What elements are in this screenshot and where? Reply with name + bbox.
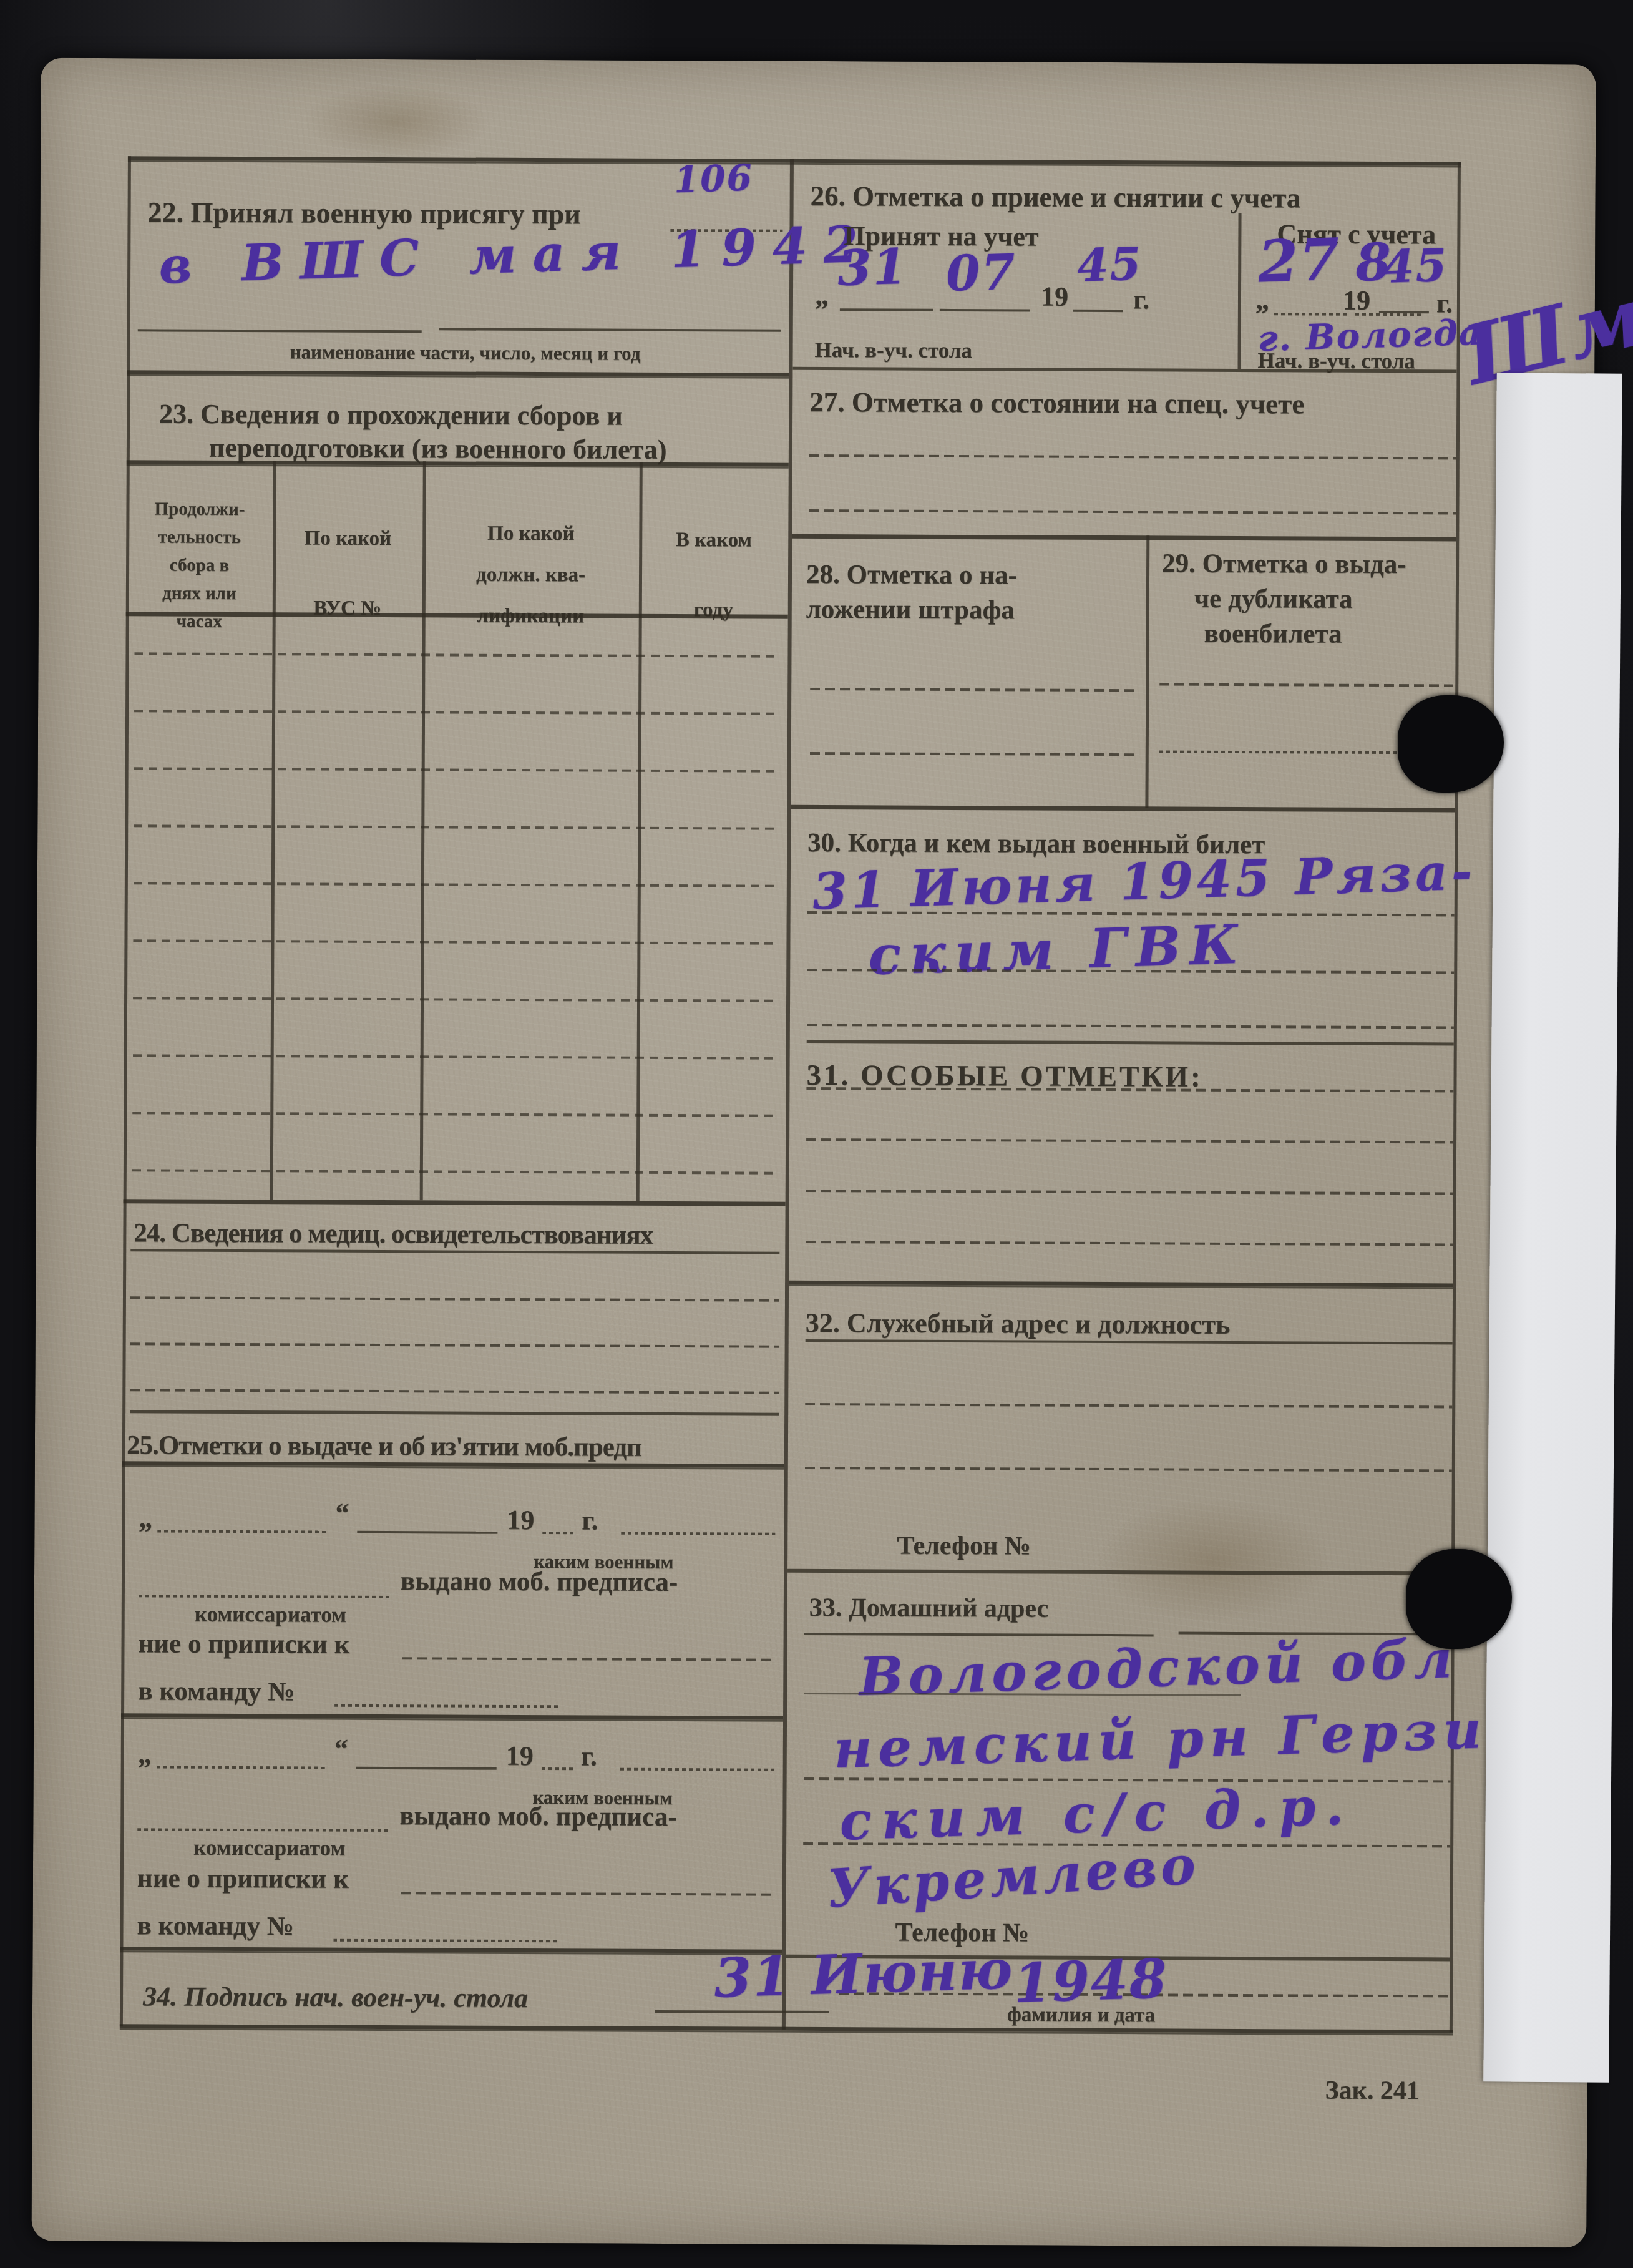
section-32-line bbox=[806, 1339, 1453, 1345]
print-code: Зак. 241 bbox=[1325, 2076, 1420, 2107]
section-23-header-rule bbox=[127, 460, 789, 469]
table-blank-row-line bbox=[134, 824, 778, 830]
mob-a-dots bbox=[542, 1532, 577, 1534]
mob-a-dots bbox=[334, 1704, 559, 1708]
mob-b-bottom-rule bbox=[120, 1947, 782, 1955]
mob-b-close-quote: “ bbox=[334, 1733, 348, 1766]
section-24-line bbox=[130, 1342, 779, 1348]
section-34-title: 34. Подпись нач. воен-уч. стола bbox=[143, 1980, 528, 2015]
accepted-handwritten-day: 31 bbox=[837, 243, 909, 293]
registration-card-paper: 22. Принял военную присягу при 106 в ВШС… bbox=[31, 58, 1596, 2248]
section-22-caption: наименование части, число, месяц и год bbox=[185, 341, 746, 366]
section-33-line bbox=[804, 1633, 1154, 1636]
section-34-signature-line bbox=[655, 2010, 829, 2013]
sbory-table-rows bbox=[124, 652, 788, 1205]
repair-strip bbox=[1483, 373, 1622, 2082]
mob-b-year-suffix: г. bbox=[581, 1740, 597, 1772]
section-33-title: 33. Домашний адрес bbox=[809, 1593, 1049, 1625]
paper-stain bbox=[303, 84, 490, 159]
section-26-title: 26. Отметка о приеме и снятии с учета bbox=[811, 180, 1301, 215]
mob-a-line bbox=[402, 1657, 774, 1661]
section-32-line bbox=[805, 1467, 1452, 1472]
table-blank-row-line bbox=[133, 939, 778, 945]
section-34-handwritten-date-right: 1948 bbox=[1013, 1952, 1169, 2011]
section-28-blank-line bbox=[810, 752, 1134, 756]
section-29-blank-line bbox=[1159, 683, 1453, 687]
section-29-title-line1: 29. Отметка о выда- bbox=[1162, 548, 1406, 580]
section-34-handwritten-date-left: 31 Июню bbox=[713, 1943, 1014, 2006]
mob-a-bottom-rule bbox=[121, 1713, 783, 1722]
section-28-29-divider bbox=[1145, 535, 1149, 808]
mob-b-issued: выдано моб. предписа- bbox=[399, 1801, 676, 1834]
section-31-line bbox=[806, 1241, 1453, 1246]
mob-b-commissariat: комиссариатом bbox=[193, 1835, 345, 1861]
table-blank-row-line bbox=[134, 710, 779, 715]
section-28-blank-line bbox=[810, 688, 1134, 692]
accepted-handwritten-month: 07 bbox=[945, 248, 1017, 298]
mob-b-open-quote: „ bbox=[138, 1738, 152, 1771]
mob-a-year-suffix: г. bbox=[582, 1504, 598, 1537]
mob-b-dots bbox=[542, 1767, 576, 1770]
accepted-year-suffix: г. bbox=[1133, 283, 1149, 316]
accepted-handwritten-year: 45 bbox=[1076, 241, 1143, 288]
table-col-header-vus: По какой ВУС № bbox=[273, 521, 423, 626]
table-blank-row-line bbox=[133, 1054, 778, 1060]
frame-bottom-rule bbox=[120, 2024, 1453, 2035]
scanned-military-card-page: { "colors": {"background":"#111114","pap… bbox=[0, 0, 1633, 2268]
mob-b-dots bbox=[157, 1766, 325, 1769]
section-30-line bbox=[807, 1040, 1454, 1046]
section-22-fill-line bbox=[138, 329, 422, 333]
accepted-open-quote: „ bbox=[815, 280, 829, 312]
section-24-line bbox=[130, 1410, 779, 1416]
section-28-title-line2: ложении штрафа bbox=[806, 594, 1015, 627]
mob-b-dots bbox=[137, 1828, 390, 1832]
table-col-header-qualification: По какой должн. ква- лификации bbox=[422, 512, 640, 637]
section-24-line bbox=[130, 1389, 779, 1394]
mob-b-dash bbox=[356, 1767, 497, 1770]
section-24-title: 24. Сведения о медиц. освидетельствовани… bbox=[134, 1218, 653, 1251]
mob-b-dots bbox=[620, 1768, 774, 1771]
mob-a-assignment: ние о приписки к bbox=[138, 1628, 349, 1661]
mob-a-commissariat: комиссариатом bbox=[195, 1601, 346, 1628]
section-24-line bbox=[130, 1249, 779, 1254]
table-blank-row-line bbox=[134, 767, 779, 773]
removed-line bbox=[1274, 313, 1349, 316]
table-blank-row-line bbox=[134, 652, 779, 658]
accepted-year-prefix: 19 bbox=[1041, 281, 1068, 313]
section-27-title: 27. Отметка о состоянии на спец. учете bbox=[809, 386, 1304, 421]
mob-b-dots bbox=[333, 1939, 558, 1943]
removed-handwritten-year: 45 bbox=[1382, 243, 1448, 290]
mob-a-dots bbox=[621, 1532, 775, 1535]
mob-a-dash bbox=[357, 1531, 497, 1534]
section-29-title-line2: че дубликата bbox=[1194, 584, 1353, 616]
section-28-title-line1: 28. Отметка о на- bbox=[806, 559, 1017, 592]
mob-b-team: в команду № bbox=[137, 1910, 294, 1943]
section-27-line bbox=[809, 509, 1456, 515]
section-22-handwritten-unit: 106 bbox=[673, 159, 754, 198]
section-23-title-line1: 23. Сведения о прохождении сборов и bbox=[159, 398, 623, 432]
mob-b-assignment: ние о приписки к bbox=[137, 1863, 349, 1895]
table-blank-row-line bbox=[134, 882, 778, 887]
section-31-line bbox=[806, 1138, 1453, 1144]
accepted-line bbox=[940, 309, 1030, 312]
section-28-top-rule bbox=[792, 534, 1456, 542]
section-22-bottom-rule bbox=[127, 370, 789, 379]
mob-a-dots bbox=[139, 1595, 391, 1598]
accepted-line bbox=[1073, 310, 1123, 312]
section-26-sub-divider bbox=[1237, 213, 1241, 369]
removed-year-prefix: 19 bbox=[1343, 285, 1370, 317]
table-blank-row-line bbox=[133, 997, 778, 1002]
section-25-title-rule bbox=[122, 1461, 784, 1470]
section-29-title-line3: военбилета bbox=[1204, 618, 1342, 651]
section-33-handwritten-line2: немский рн Герзи- bbox=[833, 1703, 1516, 1776]
section-31-line bbox=[806, 1190, 1453, 1195]
section-30-handwritten-line2: ским ГВК bbox=[867, 917, 1247, 982]
paper-stain bbox=[1095, 1498, 1333, 1624]
section-27-line bbox=[809, 454, 1456, 460]
section-25-title: 25.Отметки о выдаче и об из'ятии моб.пре… bbox=[127, 1430, 641, 1464]
table-blank-row-line bbox=[132, 1112, 777, 1117]
section-22-fill-line bbox=[439, 328, 781, 331]
section-24-line bbox=[130, 1296, 779, 1302]
section-31-bottom-rule bbox=[789, 1281, 1453, 1289]
mob-a-year-prefix: 19 bbox=[507, 1504, 534, 1537]
table-blank-row-line bbox=[132, 1169, 777, 1175]
section-33-handwritten-line3: ским с/с д.р. bbox=[839, 1779, 1354, 1847]
mob-a-close-quote: “ bbox=[335, 1497, 349, 1530]
mob-a-dots bbox=[157, 1530, 326, 1533]
mob-a-open-quote: „ bbox=[139, 1502, 152, 1535]
mob-b-line bbox=[401, 1892, 774, 1896]
mob-a-issued: выдано моб. предписа- bbox=[401, 1566, 678, 1599]
removed-handwritten-day: 27 bbox=[1257, 230, 1342, 290]
table-col-header-year: В каком году bbox=[639, 522, 789, 628]
section-32-title: 32. Служебный адрес и должность bbox=[806, 1307, 1231, 1341]
section-28-bottom-rule bbox=[791, 805, 1455, 813]
section-32-phone-label: Телефон № bbox=[897, 1531, 1031, 1562]
section-30-line bbox=[807, 1024, 1454, 1029]
section-32-line bbox=[805, 1403, 1452, 1409]
accepted-official-caption: Нач. в-уч. стола bbox=[815, 337, 972, 363]
mob-a-team: в команду № bbox=[138, 1676, 295, 1708]
accepted-line bbox=[840, 308, 933, 311]
frame-top-rule bbox=[128, 156, 1461, 167]
mob-b-year-prefix: 19 bbox=[506, 1740, 534, 1772]
